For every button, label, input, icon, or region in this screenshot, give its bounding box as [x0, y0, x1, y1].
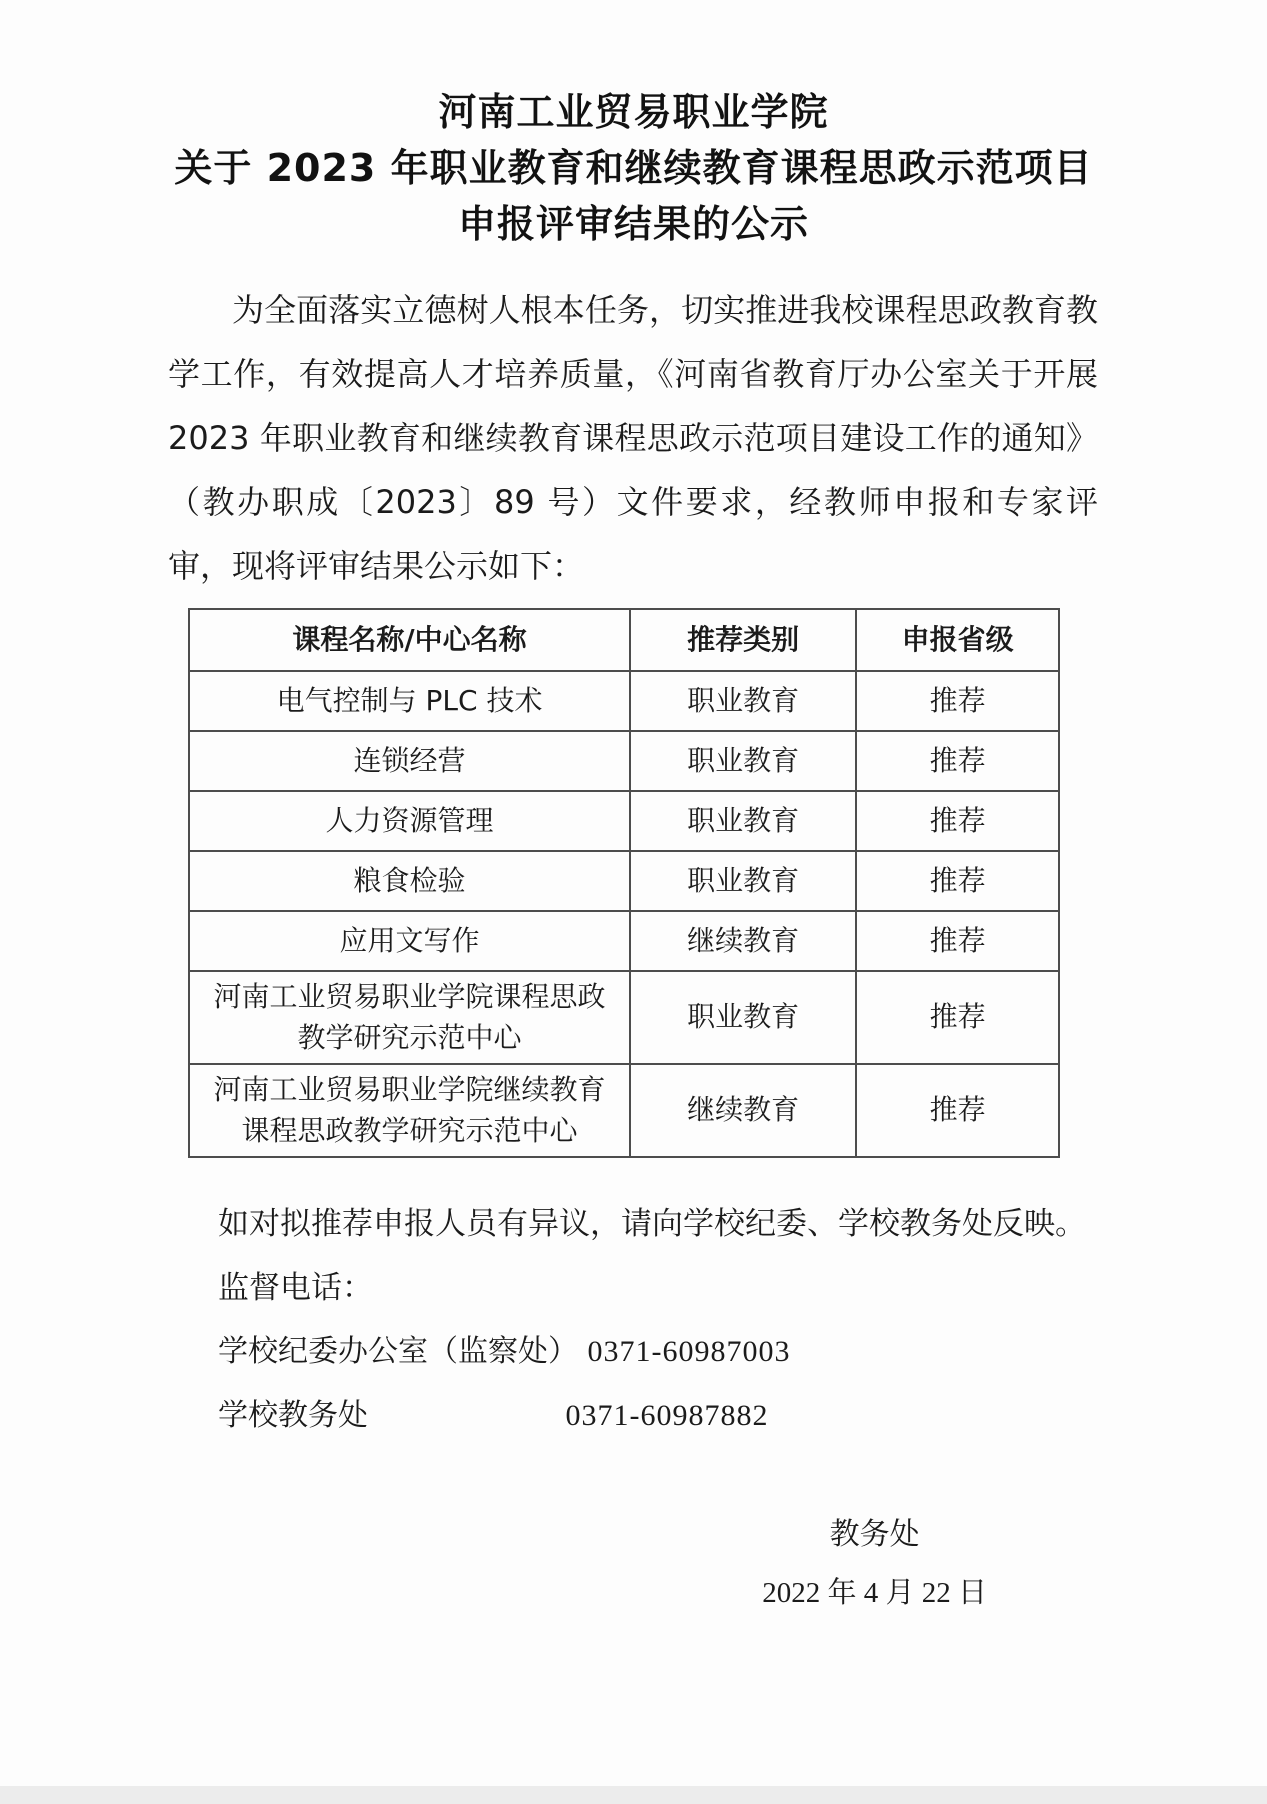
header-provincial-application: 申报省级: [856, 609, 1059, 671]
contact-name: 学校教务处: [218, 1384, 556, 1448]
header-course-name: 课程名称/中心名称: [189, 609, 630, 671]
category-cell: 继续教育: [630, 911, 856, 971]
table-header-row: 课程名称/中心名称 推荐类别 申报省级: [189, 609, 1059, 671]
header-recommend-category: 推荐类别: [630, 609, 856, 671]
title-line-1: 河南工业贸易职业学院: [0, 84, 1267, 140]
title-line-3: 申报评审结果的公示: [0, 196, 1267, 252]
recommendation-cell: 推荐: [856, 911, 1059, 971]
results-table: 课程名称/中心名称 推荐类别 申报省级 电气控制与 PLC 技术 职业教育 推荐…: [188, 608, 1060, 1158]
table-row: 连锁经营 职业教育 推荐: [189, 731, 1059, 791]
document-title: 河南工业贸易职业学院 关于 2023 年职业教育和继续教育课程思政示范项目 申报…: [0, 84, 1267, 252]
table-row: 人力资源管理 职业教育 推荐: [189, 791, 1059, 851]
course-name-cell: 河南工业贸易职业学院课程思政教学研究示范中心: [189, 971, 630, 1064]
recommendation-cell: 推荐: [856, 671, 1059, 731]
page-bottom-strip: [0, 1786, 1267, 1804]
contact-name: 学校纪委办公室（监察处）: [218, 1320, 578, 1384]
table-row: 应用文写作 继续教育 推荐: [189, 911, 1059, 971]
title-line-2: 关于 2023 年职业教育和继续教育课程思政示范项目: [0, 140, 1267, 196]
intro-paragraph: 为全面落实立德树人根本任务，切实推进我校课程思政教育教学工作，有效提高人才培养质…: [168, 278, 1098, 598]
category-cell: 职业教育: [630, 671, 856, 731]
contact-row: 学校教务处 0371-60987882: [218, 1384, 1118, 1448]
category-cell: 职业教育: [630, 971, 856, 1064]
contact-row: 学校纪委办公室（监察处） 0371-60987003: [218, 1320, 1118, 1384]
recommendation-cell: 推荐: [856, 851, 1059, 911]
course-name-cell: 连锁经营: [189, 731, 630, 791]
table-row: 河南工业贸易职业学院继续教育课程思政教学研究示范中心 继续教育 推荐: [189, 1064, 1059, 1157]
course-name-cell: 人力资源管理: [189, 791, 630, 851]
course-name-cell: 河南工业贸易职业学院继续教育课程思政教学研究示范中心: [189, 1064, 630, 1157]
recommendation-cell: 推荐: [856, 971, 1059, 1064]
contact-phone: 0371-60987003: [588, 1335, 791, 1368]
signature-date: 2022 年 4 月 22 日: [762, 1564, 987, 1622]
category-cell: 职业教育: [630, 851, 856, 911]
table-row: 河南工业贸易职业学院课程思政教学研究示范中心 职业教育 推荐: [189, 971, 1059, 1064]
table-row: 电气控制与 PLC 技术 职业教育 推荐: [189, 671, 1059, 731]
footer-block: 如对拟推荐申报人员有异议，请向学校纪委、学校教务处反映。 监督电话： 学校纪委办…: [218, 1192, 1118, 1448]
document-page: 河南工业贸易职业学院 关于 2023 年职业教育和继续教育课程思政示范项目 申报…: [0, 0, 1267, 1804]
course-name-cell: 电气控制与 PLC 技术: [189, 671, 630, 731]
objection-notice: 如对拟推荐申报人员有异议，请向学校纪委、学校教务处反映。: [218, 1192, 1118, 1256]
category-cell: 继续教育: [630, 1064, 856, 1157]
signature-department: 教务处: [762, 1506, 987, 1564]
recommendation-cell: 推荐: [856, 791, 1059, 851]
course-name-cell: 应用文写作: [189, 911, 630, 971]
recommendation-cell: 推荐: [856, 731, 1059, 791]
signature-block: 教务处 2022 年 4 月 22 日: [762, 1506, 987, 1622]
course-name-cell: 粮食检验: [189, 851, 630, 911]
category-cell: 职业教育: [630, 731, 856, 791]
category-cell: 职业教育: [630, 791, 856, 851]
table-row: 粮食检验 职业教育 推荐: [189, 851, 1059, 911]
recommendation-cell: 推荐: [856, 1064, 1059, 1157]
contact-phone: 0371-60987882: [566, 1399, 769, 1432]
hotline-label: 监督电话：: [218, 1256, 1118, 1320]
